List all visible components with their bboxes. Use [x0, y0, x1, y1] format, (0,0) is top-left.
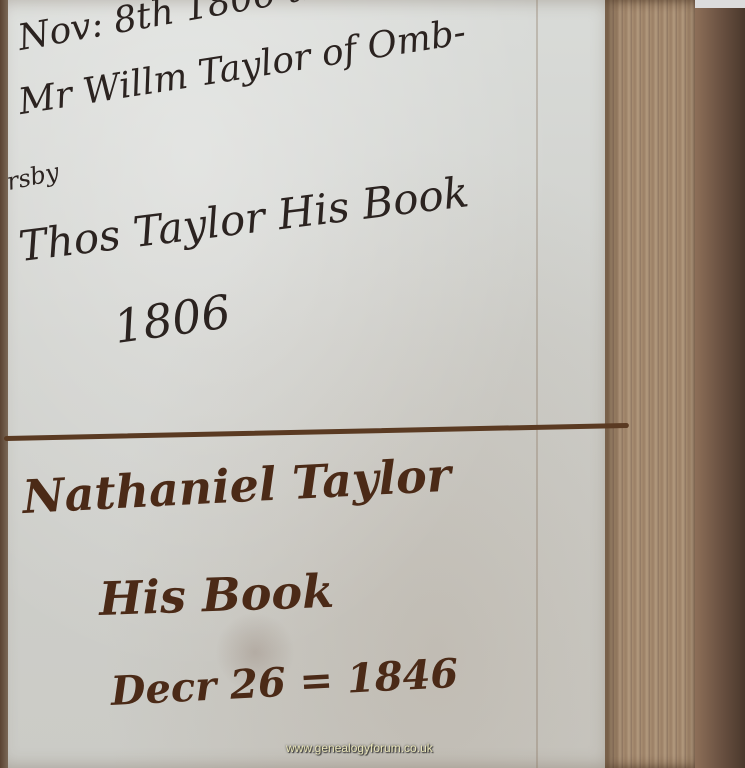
book-binding [695, 8, 745, 768]
flyleaf-page [8, 0, 620, 768]
book-photo: Nov: 8th 1806 then Dyed Mr Willm Taylor … [0, 0, 745, 768]
inscription-lower-line2: His Book [98, 564, 335, 626]
page-edges [605, 0, 700, 768]
page-crease [536, 0, 538, 768]
watermark-text: www.genealogyforum.co.uk [286, 741, 433, 755]
